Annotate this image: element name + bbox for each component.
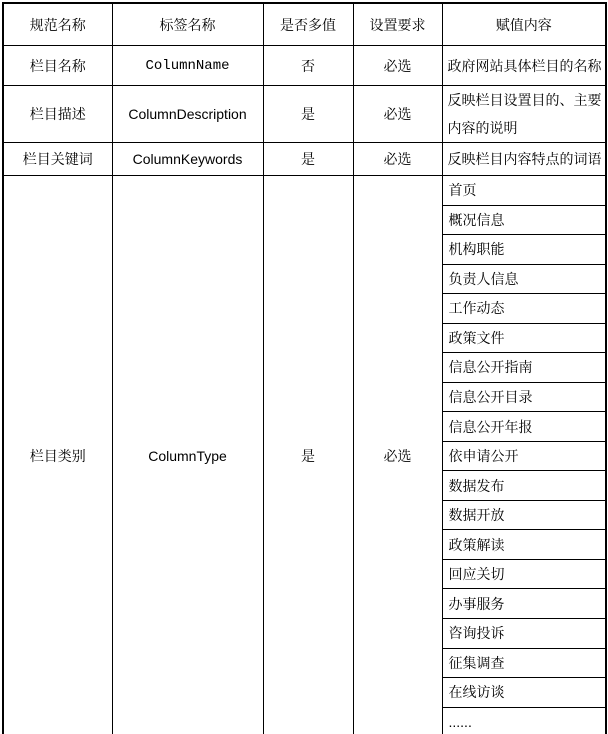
category-item: 信息公开指南 xyxy=(443,353,606,383)
header-is-multi: 是否多值 xyxy=(263,3,353,46)
category-item: 依申请公开 xyxy=(443,442,606,472)
header-spec-name: 规范名称 xyxy=(3,3,112,46)
category-item: 数据开放 xyxy=(443,501,606,531)
header-row: 规范名称 标签名称 是否多值 设置要求 赋值内容 xyxy=(3,3,606,46)
requirement-cell: 必选 xyxy=(353,86,442,143)
tag-name-cell: ColumnDescription xyxy=(112,86,263,143)
table-row: 栏目名称 ColumnName 否 必选 政府网站具体栏目的名称 xyxy=(3,46,606,86)
category-item: 机构职能 xyxy=(443,235,606,265)
category-item: 信息公开目录 xyxy=(443,383,606,413)
category-item: 咨询投诉 xyxy=(443,619,606,649)
category-item: 办事服务 xyxy=(443,589,606,619)
table-row: 栏目关键词 ColumnKeywords 是 必选 反映栏目内容特点的词语 xyxy=(3,143,606,176)
header-requirement: 设置要求 xyxy=(353,3,442,46)
category-list: 首页 概况信息 机构职能 负责人信息 工作动态 政策文件 信息公开指南 信息公开… xyxy=(443,176,606,734)
is-multi-cell: 否 xyxy=(263,46,353,86)
category-item: 回应关切 xyxy=(443,560,606,590)
content-cell: 反映栏目内容特点的词语 xyxy=(442,143,606,176)
is-multi-cell: 是 xyxy=(263,176,353,734)
tag-name-cell: ColumnType xyxy=(112,176,263,734)
category-item: 负责人信息 xyxy=(443,265,606,295)
category-item: 在线访谈 xyxy=(443,678,606,708)
table-row: 栏目类别 ColumnType 是 必选 首页 概况信息 机构职能 负责人信息 … xyxy=(3,176,606,734)
tag-name-cell: ColumnName xyxy=(112,46,263,86)
requirement-cell: 必选 xyxy=(353,46,442,86)
requirement-cell: 必选 xyxy=(353,143,442,176)
category-list-cell: 首页 概况信息 机构职能 负责人信息 工作动态 政策文件 信息公开指南 信息公开… xyxy=(442,176,606,734)
category-item: 概况信息 xyxy=(443,206,606,236)
spec-name-cell: 栏目名称 xyxy=(3,46,112,86)
category-item: 信息公开年报 xyxy=(443,412,606,442)
category-item: 政策解读 xyxy=(443,530,606,560)
spec-name-cell: 栏目关键词 xyxy=(3,143,112,176)
category-item: 首页 xyxy=(443,176,606,206)
category-item: 政策文件 xyxy=(443,324,606,354)
content-cell: 政府网站具体栏目的名称 xyxy=(442,46,606,86)
header-content: 赋值内容 xyxy=(442,3,606,46)
is-multi-cell: 是 xyxy=(263,86,353,143)
column-spec-table: 规范名称 标签名称 是否多值 设置要求 赋值内容 栏目名称 ColumnName… xyxy=(2,2,607,734)
requirement-cell: 必选 xyxy=(353,176,442,734)
table-row: 栏目描述 ColumnDescription 是 必选 反映栏目设置目的、主要内… xyxy=(3,86,606,143)
category-item: 征集调查 xyxy=(443,649,606,679)
category-item: 数据发布 xyxy=(443,471,606,501)
tag-name-cell: ColumnKeywords xyxy=(112,143,263,176)
category-item: 工作动态 xyxy=(443,294,606,324)
content-cell: 反映栏目设置目的、主要内容的说明 xyxy=(442,86,606,143)
is-multi-cell: 是 xyxy=(263,143,353,176)
spec-name-cell: 栏目类别 xyxy=(3,176,112,734)
spec-name-cell: 栏目描述 xyxy=(3,86,112,143)
category-item: ...... xyxy=(443,708,606,734)
header-tag-name: 标签名称 xyxy=(112,3,263,46)
